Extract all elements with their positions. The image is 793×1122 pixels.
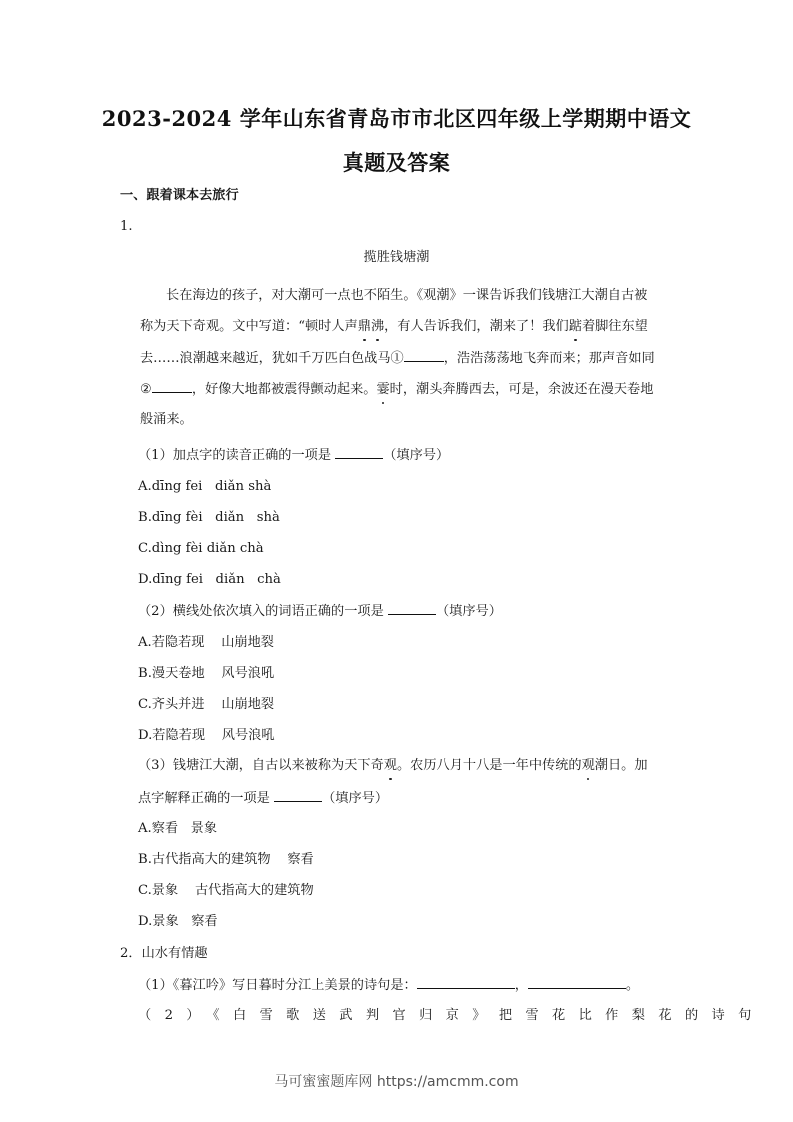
option-c: C.dìng fèi diǎn chà [138,540,264,558]
emphasized-char: 踮 [569,318,582,336]
passage-line: ②，好像大地都被震得颤动起来。霎时，潮头奔腾西去，可是，余波还在漫天卷地 [140,380,653,399]
passage-line: 去……浪潮越来越近，犹如千万匹白色战马①，浩浩荡荡地飞奔而来；那声音如同 [140,349,655,368]
text: （3）钱塘江大潮，自古以来被称为天下奇 [138,758,384,773]
question-stem: （2）横线处依次填入的词语正确的一项是 （填序号） [138,602,502,621]
option-d: D.若隐若现 风号浪吼 [138,727,275,745]
fill-blank-1[interactable] [404,349,444,362]
option-a: A.若隐若现 山崩地裂 [138,634,274,652]
document-page: 2023-2024 学年山东省青岛市市北区四年级上学期期中语文 真题及答案 一、… [0,0,793,1122]
emphasized-char: 鼎 [358,318,371,336]
option-c: C.齐头并进 山崩地裂 [138,696,274,714]
option-a: A.dīng fei diǎn shà [138,478,271,496]
answer-blank[interactable] [274,789,322,802]
emphasized-char: 观 [582,757,595,775]
text: ， [515,978,528,993]
option-d: D.dīng fei diǎn chà [138,571,281,589]
option-b: B.dīng fèi diǎn shà [138,509,280,527]
text: 。 [626,978,639,993]
text: 点字解释正确的一项是 [138,791,274,806]
answer-blank-1[interactable] [417,976,515,989]
text: 。农历八月十八是一年中传统的 [397,758,582,773]
text: （1）加点字的读音正确的一项是 [138,448,335,463]
text: 着脚往东望 [582,319,648,334]
question-stem-cont: 点字解释正确的一项是 （填序号） [138,789,388,808]
text: （1）《暮江吟》写日暮时分江上美景的诗句是： [138,978,417,993]
text: 时，潮头奔腾西去，可是，余波还在漫天卷地 [390,382,654,397]
text: 去……浪潮越来越近，犹如千万匹白色战马① [140,351,404,366]
option-b: B.古代指高大的建筑物 察看 [138,851,314,869]
question-stem: （1）加点字的读音正确的一项是 （填序号） [138,446,449,465]
emphasized-char: 沸 [371,318,384,336]
text: （填序号） [436,604,502,619]
option-c: C.景象 古代指高大的建筑物 [138,882,314,900]
question-2-1: （1）《暮江吟》写日暮时分江上美景的诗句是：，。 [138,976,639,995]
passage-title: 揽胜钱塘潮 [0,249,793,267]
option-a: A.察看 景象 [138,820,217,838]
watermark-footer: 马可蜜蜜题库网 https://amcmm.com [0,1071,793,1091]
option-b: B.漫天卷地 风号浪吼 [138,665,274,683]
option-d: D.景象 察看 [138,913,218,931]
text: 称为天下奇观。文中写道：“顿时人声 [140,319,358,334]
fill-blank-2[interactable] [152,380,192,393]
section-heading: 一、跟着课本去旅行 [120,187,239,205]
emphasized-char: 霎 [376,381,389,399]
passage-line: 称为天下奇观。文中写道：“顿时人声鼎沸，有人告诉我们，潮来了！我们踮着脚往东望 [140,318,648,336]
text: ，浩浩荡荡地飞奔而来；那声音如同 [444,351,655,366]
question-2-2: （2）《白雪歌送武判官归京》把雪花比作梨花的诗句 [138,1007,765,1025]
question-number-1: 1. [120,218,133,236]
text: ，好像大地都被震得颤动起来。 [192,382,377,397]
document-title-line2: 真题及答案 [0,147,793,177]
document-title-line1: 2023-2024 学年山东省青岛市市北区四年级上学期期中语文 [0,103,793,133]
text: （填序号） [383,448,449,463]
passage-line: 长在海边的孩子，对大潮可一点也不陌生。《观潮》一课告诉我们钱塘江大潮自古被 [166,287,647,305]
text: ② [140,382,152,397]
text: ，有人告诉我们，潮来了！我们 [384,319,569,334]
question-stem: （3）钱塘江大潮，自古以来被称为天下奇观。农历八月十八是一年中传统的观潮日。加 [138,757,648,775]
answer-blank[interactable] [388,602,436,615]
answer-blank-2[interactable] [528,976,626,989]
answer-blank[interactable] [335,446,383,459]
question-heading: 2．山水有情趣 [120,945,208,963]
emphasized-char: 观 [384,757,397,775]
passage-line: 般涌来。 [140,411,193,429]
text: （2）横线处依次填入的词语正确的一项是 [138,604,388,619]
text: 潮日。加 [595,758,648,773]
text: （填序号） [322,791,388,806]
